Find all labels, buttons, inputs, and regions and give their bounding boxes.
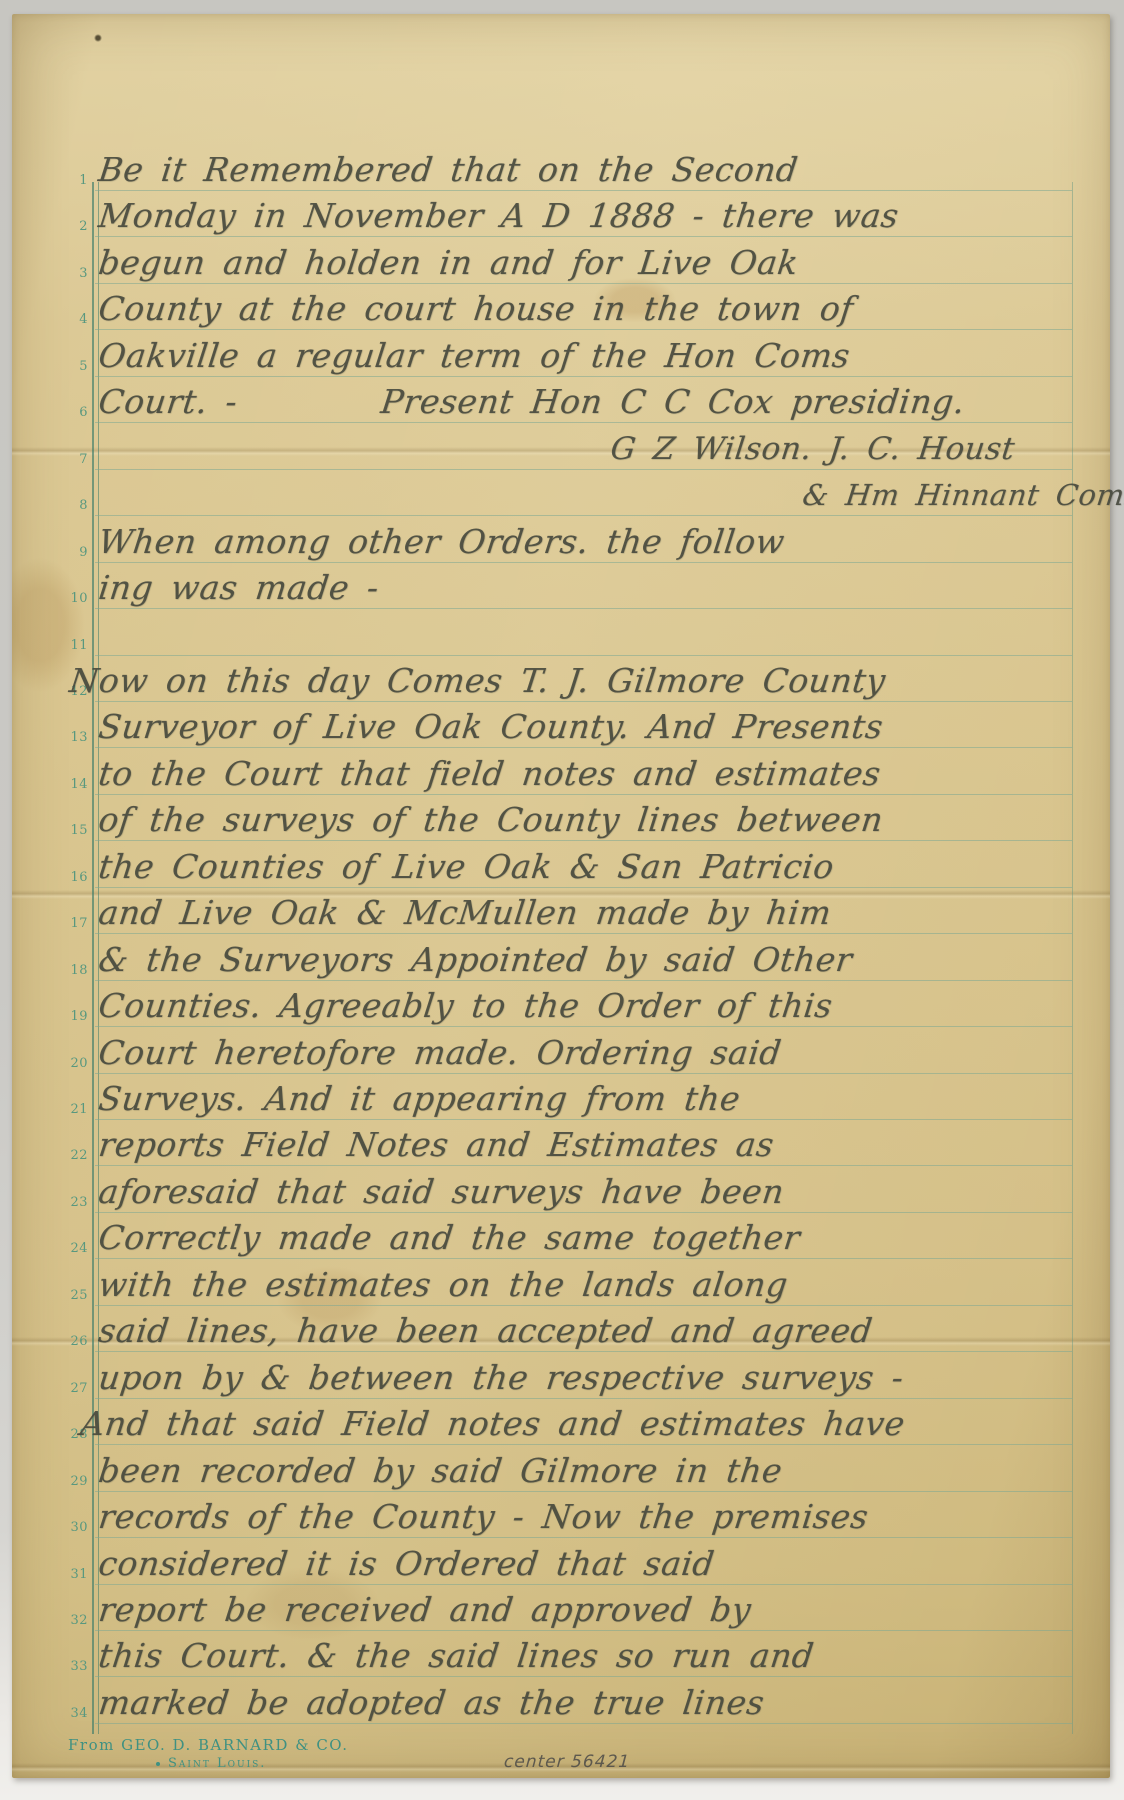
ledger-line-text: upon by & between the respective surveys…	[96, 1356, 906, 1400]
line-number: 31	[42, 1567, 88, 1582]
ornament-dot-icon	[156, 1762, 160, 1766]
ledger-line-text: And that said Field notes and estimates …	[78, 1402, 907, 1446]
line-number: 6	[42, 405, 88, 420]
line-number: 22	[42, 1148, 88, 1163]
ledger-line-text: Counties. Agreeably to the Order of this	[96, 984, 835, 1028]
ledger-line-text: begun and holden in and for Live Oak	[96, 241, 801, 285]
ledger-line-text: Court. - Present Hon C C Cox presiding.	[96, 380, 967, 424]
ledger-line-text: to the Court that field notes and estima…	[96, 752, 883, 796]
line-number: 16	[42, 870, 88, 885]
line-number: 30	[42, 1520, 88, 1535]
ledger-line-text: report be received and approved by	[96, 1588, 754, 1632]
ruled-line	[95, 655, 1072, 656]
ledger-line-text: When among other Orders. the follow	[96, 520, 787, 564]
line-number: 24	[42, 1241, 88, 1256]
line-number: 33	[42, 1659, 88, 1674]
pencil-annotation: center 56421	[503, 1752, 631, 1772]
line-number: 15	[42, 823, 88, 838]
ledger-line-text: the Counties of Live Oak & San Patricio	[96, 845, 837, 889]
line-number: 23	[42, 1195, 88, 1210]
ledger-line-text: reports Field Notes and Estimates as	[96, 1123, 776, 1167]
line-number: 14	[42, 777, 88, 792]
ledger-line-text: Oakville a regular term of the Hon Coms	[96, 334, 852, 378]
ledger-line-text: G Z Wilson. J. C. Houst	[608, 427, 1017, 471]
printer-imprint: From GEO. D. BARNARD & CO. Saint Louis.	[68, 1736, 349, 1771]
ledger-line-text: records of the County - Now the premises	[96, 1495, 871, 1539]
printer-imprint-name: From GEO. D. BARNARD & CO.	[68, 1736, 349, 1754]
document-page: 1234567891011121314151617181920212223242…	[12, 14, 1110, 1778]
line-number: 20	[42, 1056, 88, 1071]
ledger-line-text: and Live Oak & McMullen made by him	[96, 891, 834, 935]
line-number: 18	[42, 963, 88, 978]
ledger-line-text: considered it is Ordered that said	[96, 1542, 717, 1586]
ledger-line-text: Surveyor of Live Oak County. And Present…	[96, 705, 886, 749]
line-number: 19	[42, 1009, 88, 1024]
line-number: 4	[42, 312, 88, 327]
line-number: 21	[42, 1102, 88, 1117]
line-number: 9	[42, 545, 88, 560]
line-number: 10	[42, 591, 88, 606]
ledger-line-text: of the surveys of the County lines betwe…	[96, 798, 886, 842]
ledger-line-text: ing was made -	[96, 566, 381, 610]
ledger-line-text: this Court. & the said lines so run and	[96, 1634, 816, 1678]
ledger-line-text: been recorded by said Gilmore in the	[96, 1449, 785, 1493]
ledger-line-text: Monday in November A D 1888 - there was	[96, 194, 901, 238]
line-number: 25	[42, 1288, 88, 1303]
ledger-line-text: Now on this day Comes T. J. Gilmore Coun…	[67, 659, 888, 703]
printer-imprint-city: Saint Louis.	[156, 1756, 349, 1771]
line-number: 8	[42, 498, 88, 513]
ledger-line-text: Correctly made and the same together	[96, 1216, 803, 1260]
line-number: 27	[42, 1381, 88, 1396]
line-number: 26	[42, 1334, 88, 1349]
line-number: 34	[42, 1706, 88, 1721]
line-number: 1	[42, 173, 88, 188]
ledger-line-text: Court heretofore made. Ordering said	[96, 1031, 784, 1075]
line-number: 13	[42, 730, 88, 745]
right-margin-rule	[1072, 182, 1073, 1734]
line-number: 2	[42, 219, 88, 234]
line-number: 32	[42, 1613, 88, 1628]
ledger-line-text: aforesaid that said surveys have been	[96, 1170, 787, 1214]
ledger-line-text: marked be adopted as the true lines	[96, 1681, 767, 1725]
ledger-line-text: & the Surveyors Appointed by said Other	[96, 938, 855, 982]
ledger-line-text: with the estimates on the lands along	[96, 1263, 790, 1307]
ledger-line-text: Be it Remembered that on the Second	[96, 148, 800, 192]
ledger-line-text: Surveys. And it appearing from the	[96, 1077, 743, 1121]
line-number: 11	[42, 638, 88, 653]
line-number: 5	[42, 359, 88, 374]
ledger-line-text: said lines, have been accepted and agree…	[96, 1309, 875, 1353]
line-number: 7	[42, 452, 88, 467]
line-number: 29	[42, 1474, 88, 1489]
ledger-line-text: & Hm Hinnant Coms -	[800, 473, 1124, 517]
ledger-line-text: County at the court house in the town of	[96, 287, 856, 331]
line-number: 3	[42, 266, 88, 281]
line-number: 17	[42, 916, 88, 931]
